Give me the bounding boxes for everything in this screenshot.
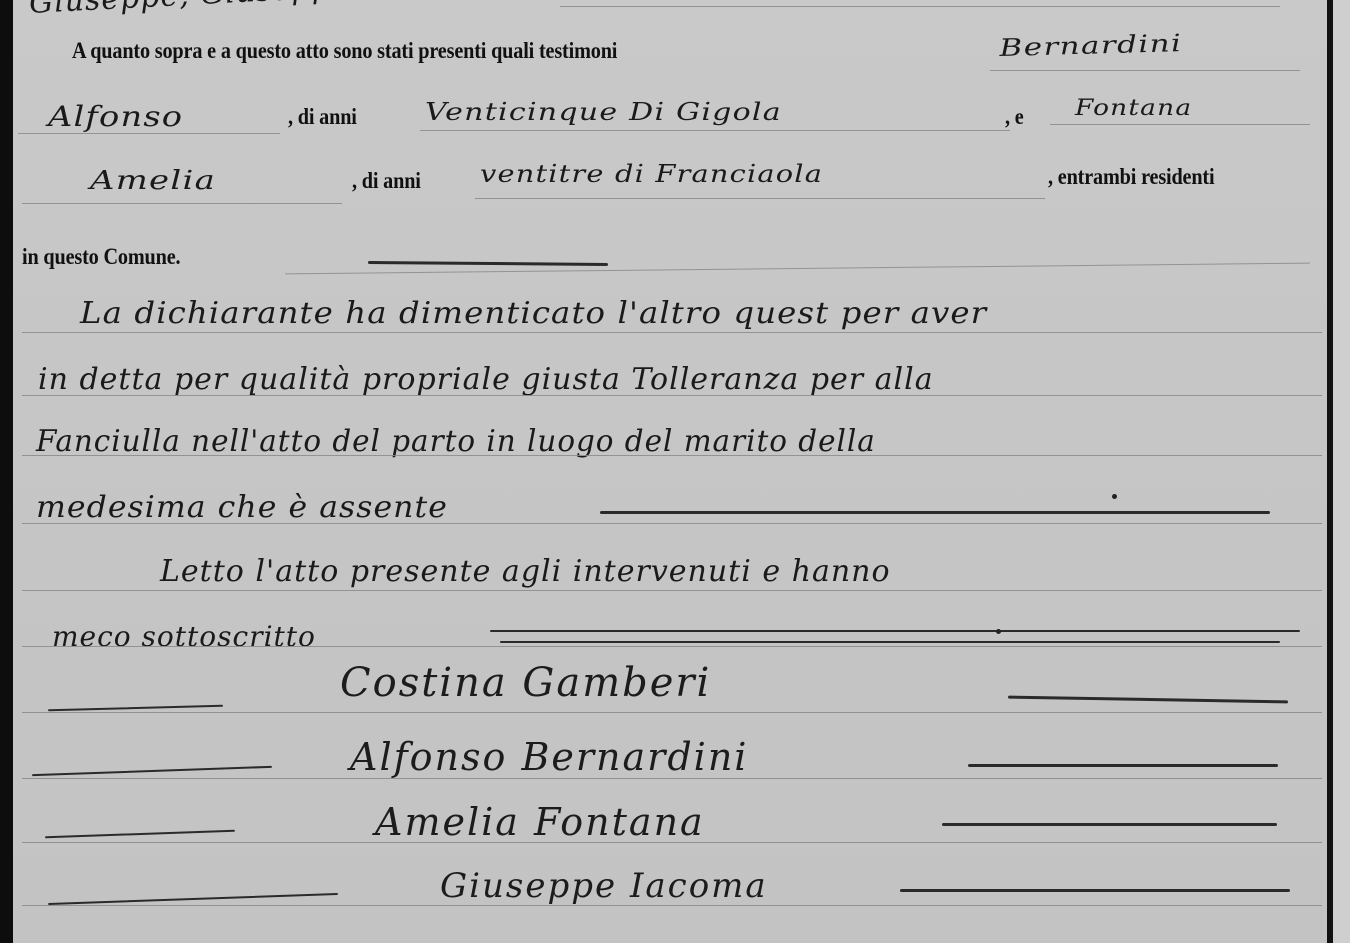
witness1-surname: Bernardini [999,29,1183,62]
ruled-line [22,395,1322,396]
signature-4: Giuseppe Iacoma [440,866,768,906]
right-fill-stroke [968,764,1278,767]
ruled-line [22,590,1322,591]
ruled-line [18,133,280,134]
printed-di-anni-2: , di anni [352,168,421,194]
fill-stroke [368,261,608,266]
witness1-name: Alfonso [48,100,183,133]
ruled-line [22,455,1322,456]
printed-di-anni-1: , di anni [288,104,357,130]
fill-stroke [490,630,1300,632]
ruled-line [22,523,1322,524]
right-margin [1333,0,1350,943]
left-border [0,0,13,943]
body-line-3: Fanciulla nell'atto del parto in luogo d… [36,424,876,459]
top-handwriting-fragment: Giuseppe, Giuseppe [28,0,351,21]
body-line-5: Letto l'atto presente agli intervenuti e… [160,554,891,589]
fill-stroke [600,511,1270,514]
witness2-surname: Fontana [1075,96,1192,121]
body-line-6: meco sottoscritto [52,620,316,653]
left-fill-stroke [45,830,235,839]
right-fill-stroke [1008,696,1288,704]
document-page: Giuseppe, Giuseppe A quanto sopra e a qu… [0,0,1350,943]
ruled-line [22,778,1322,779]
ruled-line [22,203,342,204]
left-fill-stroke [48,705,223,712]
ink-dot [996,629,1001,634]
witness1-age: Venticinque Di Gigola [425,98,782,126]
ruled-line [475,198,1045,199]
ruled-line [22,646,1322,647]
body-line-2: in detta per qualità propriale giusta To… [38,362,934,397]
ink-dot [1112,494,1117,499]
left-fill-stroke [32,766,272,776]
left-fill-stroke [48,893,338,905]
signature-1: Costina Gamberi [340,660,711,706]
signature-3: Amelia Fontana [375,800,705,844]
body-line-4: medesima che è assente [36,490,448,525]
printed-line-1: A quanto sopra e a questo atto sono stat… [72,38,617,64]
ruled-line [560,6,1280,7]
right-fill-stroke [900,889,1290,892]
printed-e: , e [1005,104,1024,130]
right-fill-stroke [942,823,1277,826]
witness2-age: ventitre di Franciaola [480,160,823,188]
printed-in-questo-comune: in questo Comune. [22,244,180,270]
ruled-line [420,130,1010,131]
printed-entrambi-residenti: , entrambi residenti [1048,164,1214,190]
witness2-name: Amelia [90,166,216,196]
ruled-line [22,905,1322,906]
signature-2: Alfonso Bernardini [350,735,748,779]
ruled-line [22,332,1322,333]
ruled-line [22,842,1322,843]
ruled-line [990,70,1300,71]
ruled-line [22,712,1322,713]
body-line-1: La dichiarante ha dimenticato l'altro qu… [80,296,987,331]
ruled-line [1050,124,1310,125]
fill-stroke [500,641,1280,643]
